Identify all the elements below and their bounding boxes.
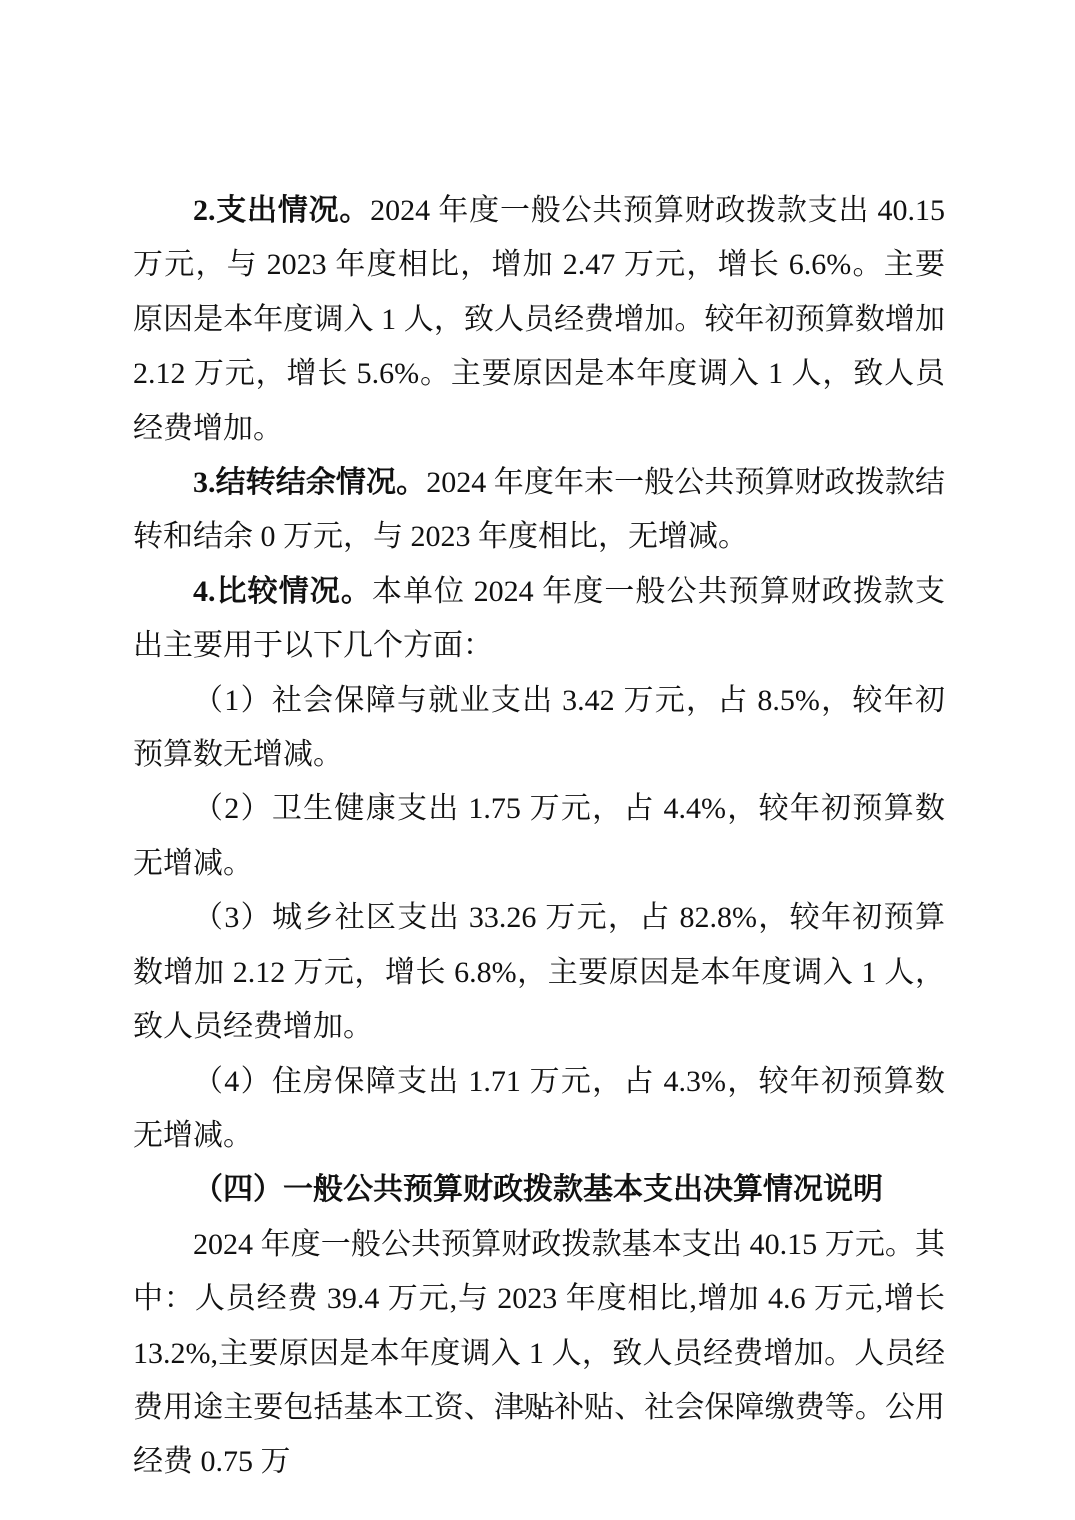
paragraph-text: 2024 年度一般公共预算财政拨款支出 40.15 万元，与 2023 年度相比… (133, 194, 945, 445)
paragraph-comparison: 4.比较情况。本单位 2024 年度一般公共预算财政拨款支出主要用于以下几个方面… (133, 565, 945, 674)
paragraph-expenditure: 2.支出情况。2024 年度一般公共预算财政拨款支出 40.15 万元，与 20… (133, 184, 945, 456)
paragraph-carryover: 3.结转结余情况。2024 年度年末一般公共预算财政拨款结转和结余 0 万元，与… (133, 456, 945, 565)
paragraph-basic-expenditure-detail: 2024 年度一般公共预算财政拨款基本支出 40.15 万元。其中：人员经费 3… (133, 1218, 945, 1490)
paragraph-lead: 4.比较情况。 (193, 575, 372, 608)
paragraph-item-4-housing: （4）住房保障支出 1.71 万元，占 4.3%，较年初预算数无增减。 (133, 1055, 945, 1164)
document-page: 2.支出情况。2024 年度一般公共预算财政拨款支出 40.15 万元，与 20… (0, 0, 1075, 1520)
section-heading-basic-expenditure: （四）一般公共预算财政拨款基本支出决算情况说明 (133, 1163, 945, 1217)
paragraph-lead: 3.结转结余情况。 (193, 466, 426, 499)
paragraph-text: （2）卫生健康支出 1.75 万元，占 4.4%，较年初预算数无增减。 (133, 792, 945, 879)
paragraph-text: （4）住房保障支出 1.71 万元，占 4.3%，较年初预算数无增减。 (133, 1065, 945, 1152)
document-body: 2.支出情况。2024 年度一般公共预算财政拨款支出 40.15 万元，与 20… (133, 184, 945, 1490)
paragraph-text: 2024 年度一般公共预算财政拨款基本支出 40.15 万元。其中：人员经费 3… (133, 1228, 945, 1479)
paragraph-text: （1）社会保障与就业支出 3.42 万元，占 8.5%，较年初预算数无增减。 (133, 684, 945, 771)
page-number: - 3 - (0, 1395, 1075, 1423)
paragraph-item-3-urban-rural: （3）城乡社区支出 33.26 万元，占 82.8%，较年初预算数增加 2.12… (133, 891, 945, 1054)
paragraph-text: （3）城乡社区支出 33.26 万元，占 82.8%，较年初预算数增加 2.12… (133, 901, 945, 1043)
paragraph-item-1-social-security: （1）社会保障与就业支出 3.42 万元，占 8.5%，较年初预算数无增减。 (133, 674, 945, 783)
heading-text: （四）一般公共预算财政拨款基本支出决算情况说明 (193, 1173, 883, 1206)
paragraph-item-2-health: （2）卫生健康支出 1.75 万元，占 4.4%，较年初预算数无增减。 (133, 782, 945, 891)
paragraph-lead: 2.支出情况。 (193, 194, 370, 227)
